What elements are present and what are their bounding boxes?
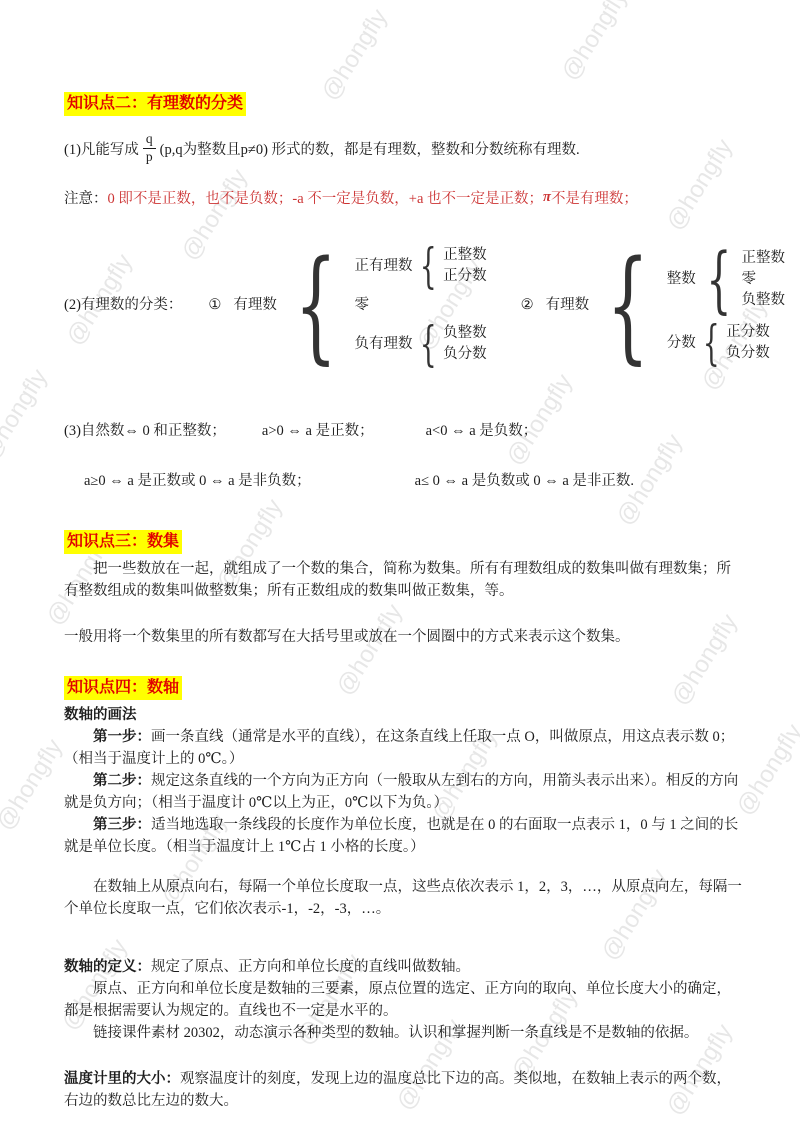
branch-positive-rational: 正有理数 正整数 正分数 bbox=[355, 242, 487, 290]
classification-diagram-row: (2)有理数的分类： ① 有理数 正有理数 正整数 正分数 bbox=[64, 244, 742, 366]
note-label: 注意： bbox=[64, 191, 108, 207]
paragraph-thermometer: 温度计里的大小：观察温度计的刻度，发现上边的温度总比下边的高。类似地，在数轴上表… bbox=[64, 1068, 742, 1112]
branch-leaves: 正分数 负分数 bbox=[726, 322, 770, 364]
leaf: 零 bbox=[742, 269, 786, 290]
paragraph-step1: 第一步：画一条直线（通常是水平的直线），在这条直线上任取一点 O，叫做原点，用这… bbox=[64, 726, 742, 770]
natural-numbers-equiv: (3)自然数⇔ 0 和正整数； bbox=[64, 420, 226, 442]
branch-fractions: 分数 正分数 负分数 bbox=[667, 319, 785, 367]
note-red-text: 0 即不是正数，也不是负数；-a 不一定是负数，+a 也不一定是正数； bbox=[108, 191, 544, 207]
fraction-q-over-p: q p bbox=[143, 132, 156, 165]
section-heading-kp4: 知识点四：数轴 bbox=[64, 676, 182, 700]
branch-label: 负有理数 bbox=[355, 333, 413, 355]
brace-inner bbox=[413, 242, 444, 290]
brace-inner bbox=[413, 320, 444, 368]
leaf: 负整数 bbox=[443, 323, 487, 344]
leaf: 正分数 bbox=[726, 322, 770, 343]
leaf: 负整数 bbox=[742, 290, 786, 311]
section-heading-kp2: 知识点二：有理数的分类 bbox=[64, 92, 246, 116]
paragraph-axis-points: 在数轴上从原点向右，每隔一个单位长度取一点，这些点依次表示 1，2，3，…，从原… bbox=[64, 876, 742, 920]
fraction-numerator: q bbox=[143, 132, 156, 149]
branch-leaves: 正整数 零 负整数 bbox=[742, 248, 786, 311]
classification-label: (2)有理数的分类： bbox=[64, 294, 182, 316]
section-rational-classification: 知识点二：有理数的分类 (1)凡能写成 q p (p,q为整数且p≠0) 形式的… bbox=[64, 92, 742, 492]
watermark-text: @hongfly bbox=[316, 4, 394, 105]
subtitle-drawing-method: 数轴的画法 bbox=[64, 704, 742, 726]
branch-label: 整数 bbox=[667, 268, 696, 290]
paragraph-rational-definition: (1)凡能写成 q p (p,q为整数且p≠0) 形式的数，都是有理数，整数和分… bbox=[64, 126, 742, 174]
step3-label: 第三步： bbox=[93, 817, 151, 833]
section-number-sets: 知识点三：数集 把一些数放在一起，就组成了一个数的集合，简称为数集。所有有理数组… bbox=[64, 530, 742, 648]
diagram-1-branches: 正有理数 正整数 正分数 零 负有理数 bbox=[355, 240, 487, 370]
branch-label: 零 bbox=[355, 294, 370, 316]
paragraph-three-elements: 原点、正方向和单位长度是数轴的三要素，原点位置的选定、正方向的取向、单位长度大小… bbox=[64, 978, 742, 1022]
branch-negative-rational: 负有理数 负整数 负分数 bbox=[355, 320, 487, 368]
branch-integers: 整数 正整数 零 负整数 bbox=[667, 243, 785, 315]
step1-text: 画一条直线（通常是水平的直线），在这条直线上任取一点 O，叫做原点，用这点表示数… bbox=[64, 729, 734, 767]
definition-text: 规定了原点、正方向和单位长度的直线叫做数轴。 bbox=[151, 959, 470, 975]
leaf: 正整数 bbox=[742, 248, 786, 269]
brace-inner bbox=[696, 319, 727, 367]
watermark-text: @hongfly bbox=[556, 0, 634, 86]
paragraph-step2: 第二步：规定这条直线的一个方向为正方向（一般取从左到右的方向，用箭头表示出来）。… bbox=[64, 770, 742, 814]
rational-def-post: (p,q为整数且p≠0) 形式的数，都是有理数，整数和分数统称有理数. bbox=[160, 139, 580, 161]
diagram-1-number: ① bbox=[208, 294, 221, 316]
section-number-line: 知识点四：数轴 数轴的画法 第一步：画一条直线（通常是水平的直线），在这条直线上… bbox=[64, 676, 742, 1112]
pi-symbol: π bbox=[543, 189, 551, 205]
equivalence-line-2: a≥0 ⇔ a 是正数或 0 ⇔ a 是非负数； a≤ 0 ⇔ a 是负数或 0… bbox=[64, 470, 742, 492]
paragraph-number-sets: 把一些数放在一起，就组成了一个数的集合，简称为数集。所有有理数组成的数集叫做有理… bbox=[64, 558, 742, 602]
leaf: 正分数 bbox=[443, 266, 487, 287]
step3-text: 适当地选取一条线段的长度作为单位长度，也就是在 0 的右面取一点表示 1，0 与… bbox=[64, 817, 738, 855]
step2-text: 规定这条直线的一个方向为正方向（一般取从左到右的方向，用箭头表示出来）。相反的方… bbox=[64, 773, 738, 811]
diagram-2: ② 有理数 整数 正整数 零 负整数 bbox=[521, 241, 785, 369]
step2-label: 第二步： bbox=[93, 773, 151, 789]
brace-inner bbox=[696, 243, 742, 315]
paragraph-step3: 第三步：适当地选取一条线段的长度作为单位长度，也就是在 0 的右面取一点表示 1… bbox=[64, 814, 742, 858]
note-tail-text: 不是有理数； bbox=[551, 191, 638, 207]
thermometer-label: 温度计里的大小： bbox=[64, 1071, 180, 1087]
paragraph-note: 注意：0 即不是正数，也不是负数；-a 不一定是负数，+a 也不一定是正数；π不… bbox=[64, 188, 742, 210]
diagram-2-root: 有理数 bbox=[546, 294, 590, 316]
branch-leaves: 正整数 正分数 bbox=[443, 245, 487, 287]
watermark-text: @hongfly bbox=[0, 734, 69, 835]
branch-label: 分数 bbox=[667, 332, 696, 354]
document-page: @hongfly@hongfly@hongfly@hongfly@hongfly… bbox=[0, 0, 800, 1131]
step1-label: 第一步： bbox=[93, 729, 151, 745]
branch-zero: 零 bbox=[355, 294, 487, 316]
diagram-1: ① 有理数 正有理数 正整数 正分数 零 bbox=[208, 240, 486, 370]
watermark-text: @hongfly bbox=[0, 364, 54, 465]
paragraph-courseware-link: 链接课件素材 20302，动态演示各种类型的数轴。认识和掌握判断一条直线是不是数… bbox=[64, 1022, 742, 1044]
diagram-1-root: 有理数 bbox=[233, 294, 277, 316]
leaf: 负分数 bbox=[726, 343, 770, 364]
diagram-2-branches: 整数 正整数 零 负整数 分数 正分数 bbox=[667, 241, 785, 369]
section-heading-kp3: 知识点三：数集 bbox=[64, 530, 182, 554]
negative-equiv: a<0 ⇔ a 是负数； bbox=[426, 420, 538, 442]
branch-leaves: 负整数 负分数 bbox=[443, 323, 487, 365]
positive-equiv: a>0 ⇔ a 是正数； bbox=[262, 420, 374, 442]
rational-def-pre: (1)凡能写成 bbox=[64, 139, 139, 161]
fraction-denominator: p bbox=[143, 149, 156, 165]
nonpositive-equiv: a≤ 0 ⇔ a 是负数或 0 ⇔ a 是非正数. bbox=[415, 470, 634, 492]
diagram-2-number: ② bbox=[521, 294, 534, 316]
document-content: 知识点二：有理数的分类 (1)凡能写成 q p (p,q为整数且p≠0) 形式的… bbox=[64, 92, 742, 1112]
equivalence-line-1: (3)自然数⇔ 0 和正整数； a>0 ⇔ a 是正数； a<0 ⇔ a 是负数… bbox=[64, 420, 742, 442]
paragraph-axis-definition: 数轴的定义：规定了原点、正方向和单位长度的直线叫做数轴。 bbox=[64, 956, 742, 978]
brace-outer-2 bbox=[589, 244, 667, 366]
nonnegative-equiv: a≥0 ⇔ a 是正数或 0 ⇔ a 是非负数； bbox=[84, 470, 311, 492]
branch-label: 正有理数 bbox=[355, 255, 413, 277]
definition-label: 数轴的定义： bbox=[64, 959, 151, 975]
leaf: 负分数 bbox=[443, 344, 487, 365]
leaf: 正整数 bbox=[443, 245, 487, 266]
paragraph-set-notation: 一般用将一个数集里的所有数都写在大括号里或放在一个圆圈中的方式来表示这个数集。 bbox=[64, 626, 742, 648]
brace-outer-1 bbox=[277, 244, 355, 366]
